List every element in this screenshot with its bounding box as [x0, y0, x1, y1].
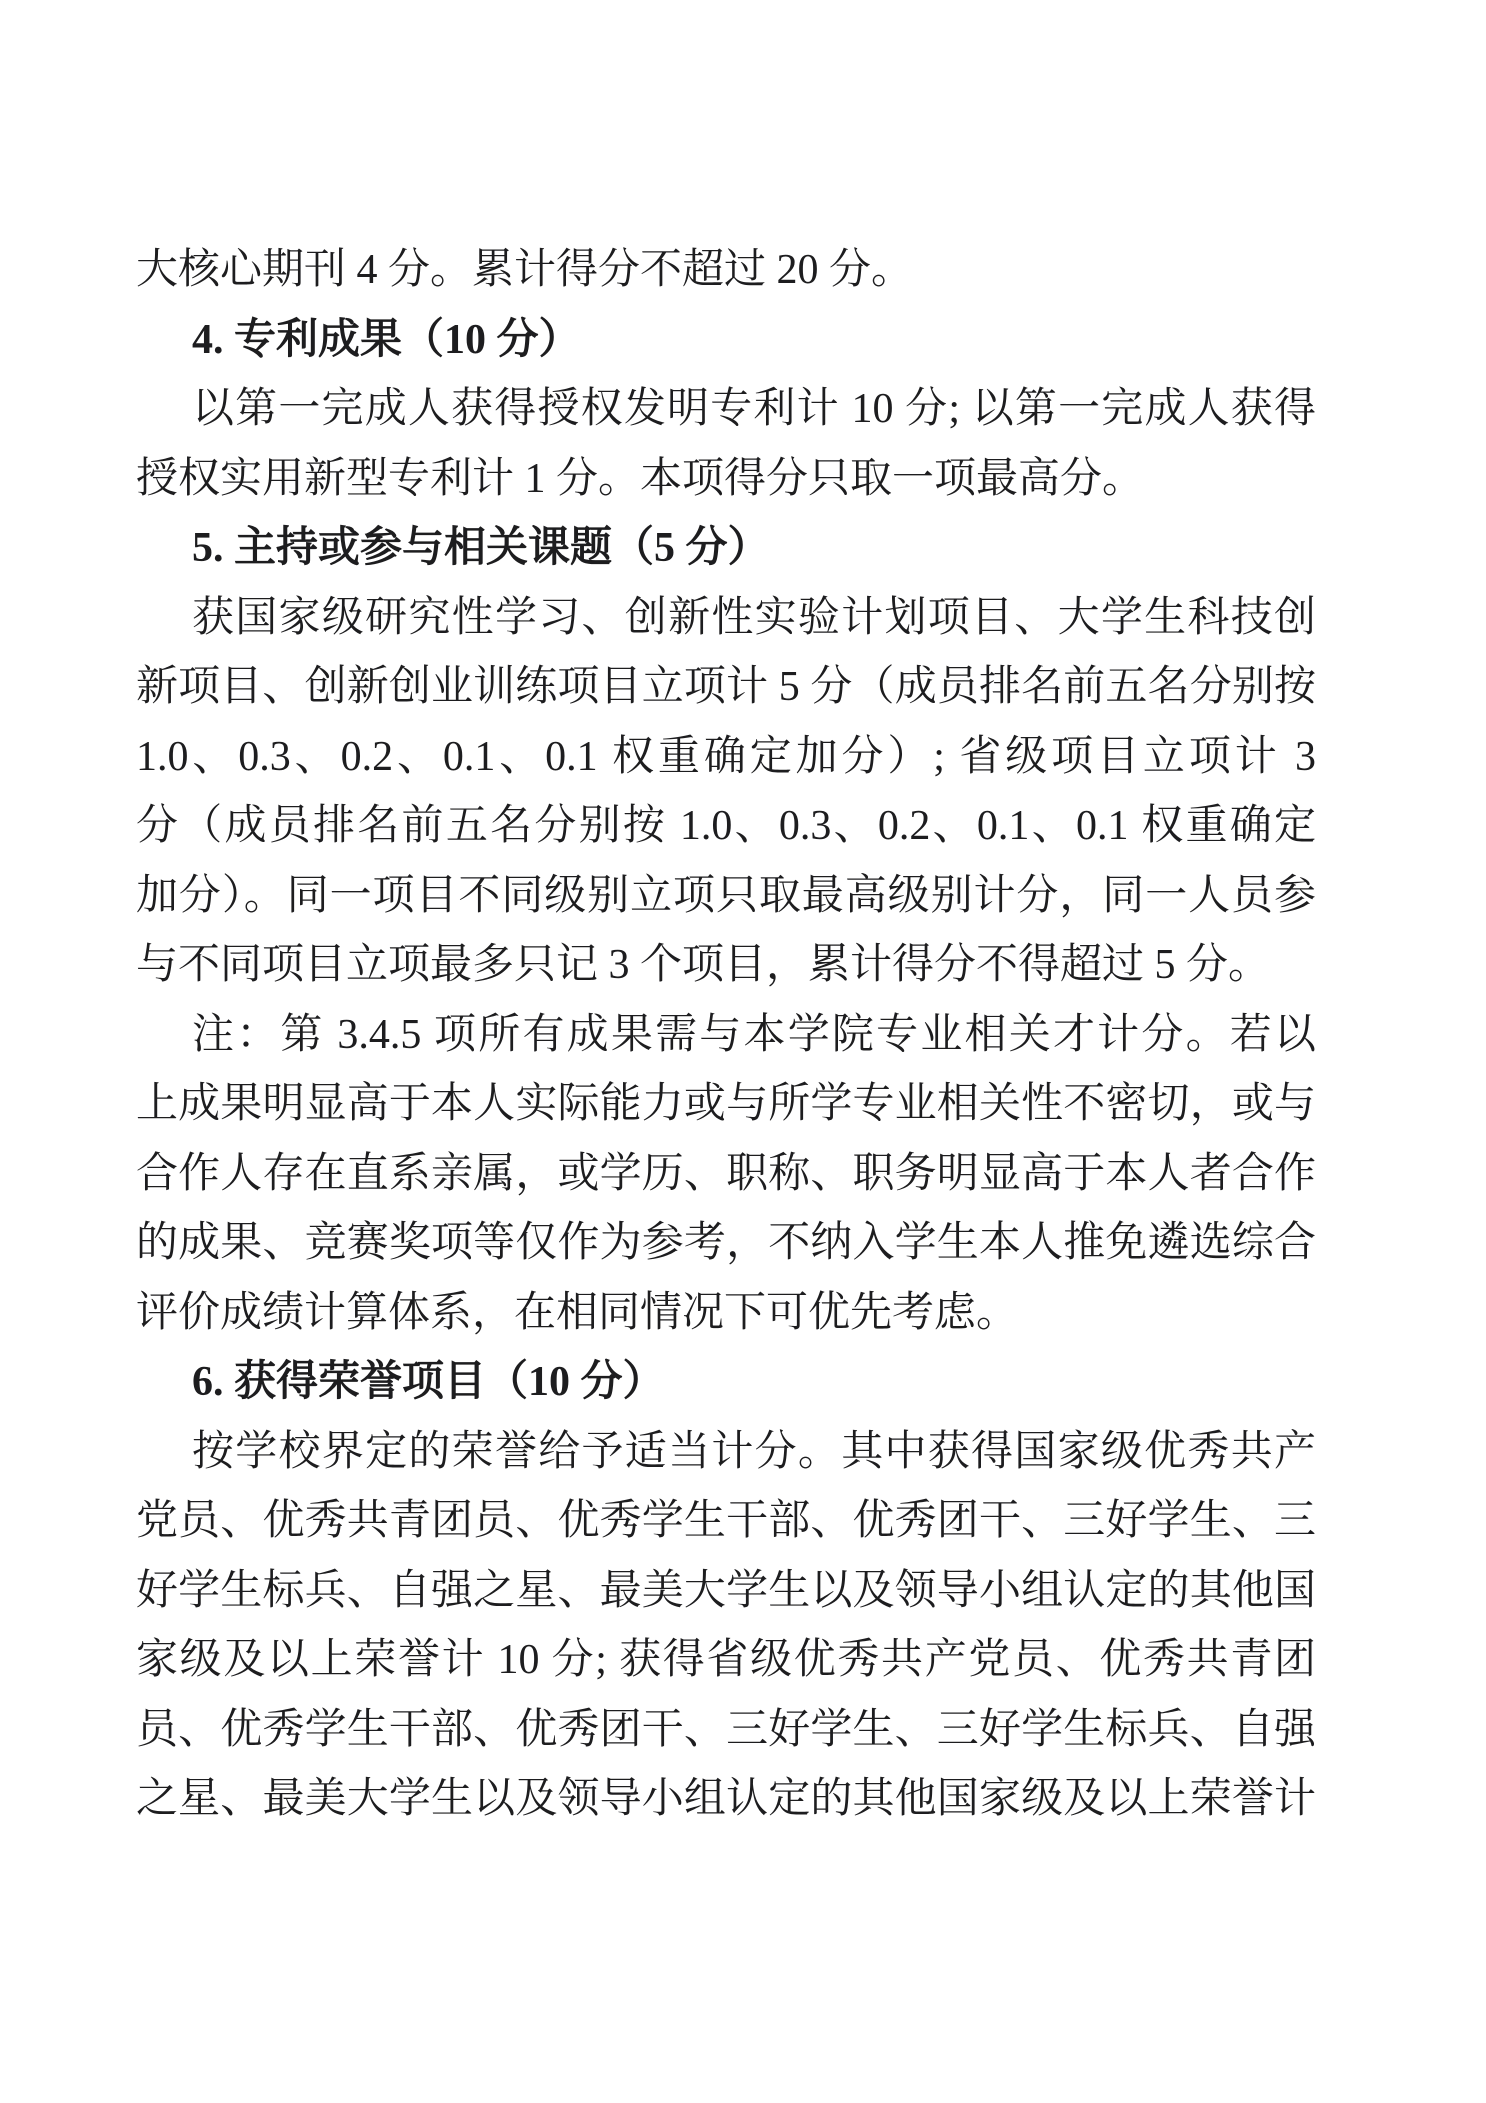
text-line: 员、优秀学生干部、优秀团干、三好学生、三好学生标兵、自强 [136, 1696, 1316, 1766]
text-line: 的成果、竞赛奖项等仅作为参考，不纳入学生本人推免遴选综合 [136, 1209, 1316, 1279]
text-line: 以第一完成人获得授权发明专利计 10 分; 以第一完成人获得 [136, 375, 1316, 445]
text-line: 授权实用新型专利计 1 分。本项得分只取一项最高分。 [136, 445, 1316, 515]
text-line: 注：第 3.4.5 项所有成果需与本学院专业相关才计分。若以 [136, 1001, 1316, 1071]
text-line: 大核心期刊 4 分。累计得分不超过 20 分。 [136, 236, 1316, 306]
text-line: 新项目、创新创业训练项目立项计 5 分（成员排名前五名分别按 [136, 653, 1316, 723]
text-line: 1.0、0.3、0.2、0.1、0.1 权重确定加分）; 省级项目立项计 3 [136, 723, 1316, 793]
text-line: 家级及以上荣誉计 10 分; 获得省级优秀共产党员、优秀共青团 [136, 1626, 1316, 1696]
text-line: 党员、优秀共青团员、优秀学生干部、优秀团干、三好学生、三 [136, 1487, 1316, 1557]
section-heading: 6. 获得荣誉项目（10 分） [136, 1348, 1316, 1418]
text-line: 加分）。同一项目不同级别立项只取最高级别计分，同一人员参 [136, 862, 1316, 932]
page-content: 大核心期刊 4 分。累计得分不超过 20 分。4. 专利成果（10 分）以第一完… [136, 236, 1316, 1835]
text-line: 按学校界定的荣誉给予适当计分。其中获得国家级优秀共产 [136, 1418, 1316, 1488]
section-heading: 4. 专利成果（10 分） [136, 306, 1316, 376]
text-line: 与不同项目立项最多只记 3 个项目，累计得分不得超过 5 分。 [136, 931, 1316, 1001]
document-page: 大核心期刊 4 分。累计得分不超过 20 分。4. 专利成果（10 分）以第一完… [0, 0, 1486, 2103]
text-line: 合作人存在直系亲属，或学历、职称、职务明显高于本人者合作 [136, 1140, 1316, 1210]
text-line: 好学生标兵、自强之星、最美大学生以及领导小组认定的其他国 [136, 1557, 1316, 1627]
text-line: 评价成绩计算体系，在相同情况下可优先考虑。 [136, 1279, 1316, 1349]
text-line: 之星、最美大学生以及领导小组认定的其他国家级及以上荣誉计 [136, 1765, 1316, 1835]
text-line: 获国家级研究性学习、创新性实验计划项目、大学生科技创 [136, 584, 1316, 654]
text-line: 分（成员排名前五名分别按 1.0、0.3、0.2、0.1、0.1 权重确定 [136, 792, 1316, 862]
section-heading: 5. 主持或参与相关课题（5 分） [136, 514, 1316, 584]
text-line: 上成果明显高于本人实际能力或与所学专业相关性不密切，或与 [136, 1070, 1316, 1140]
